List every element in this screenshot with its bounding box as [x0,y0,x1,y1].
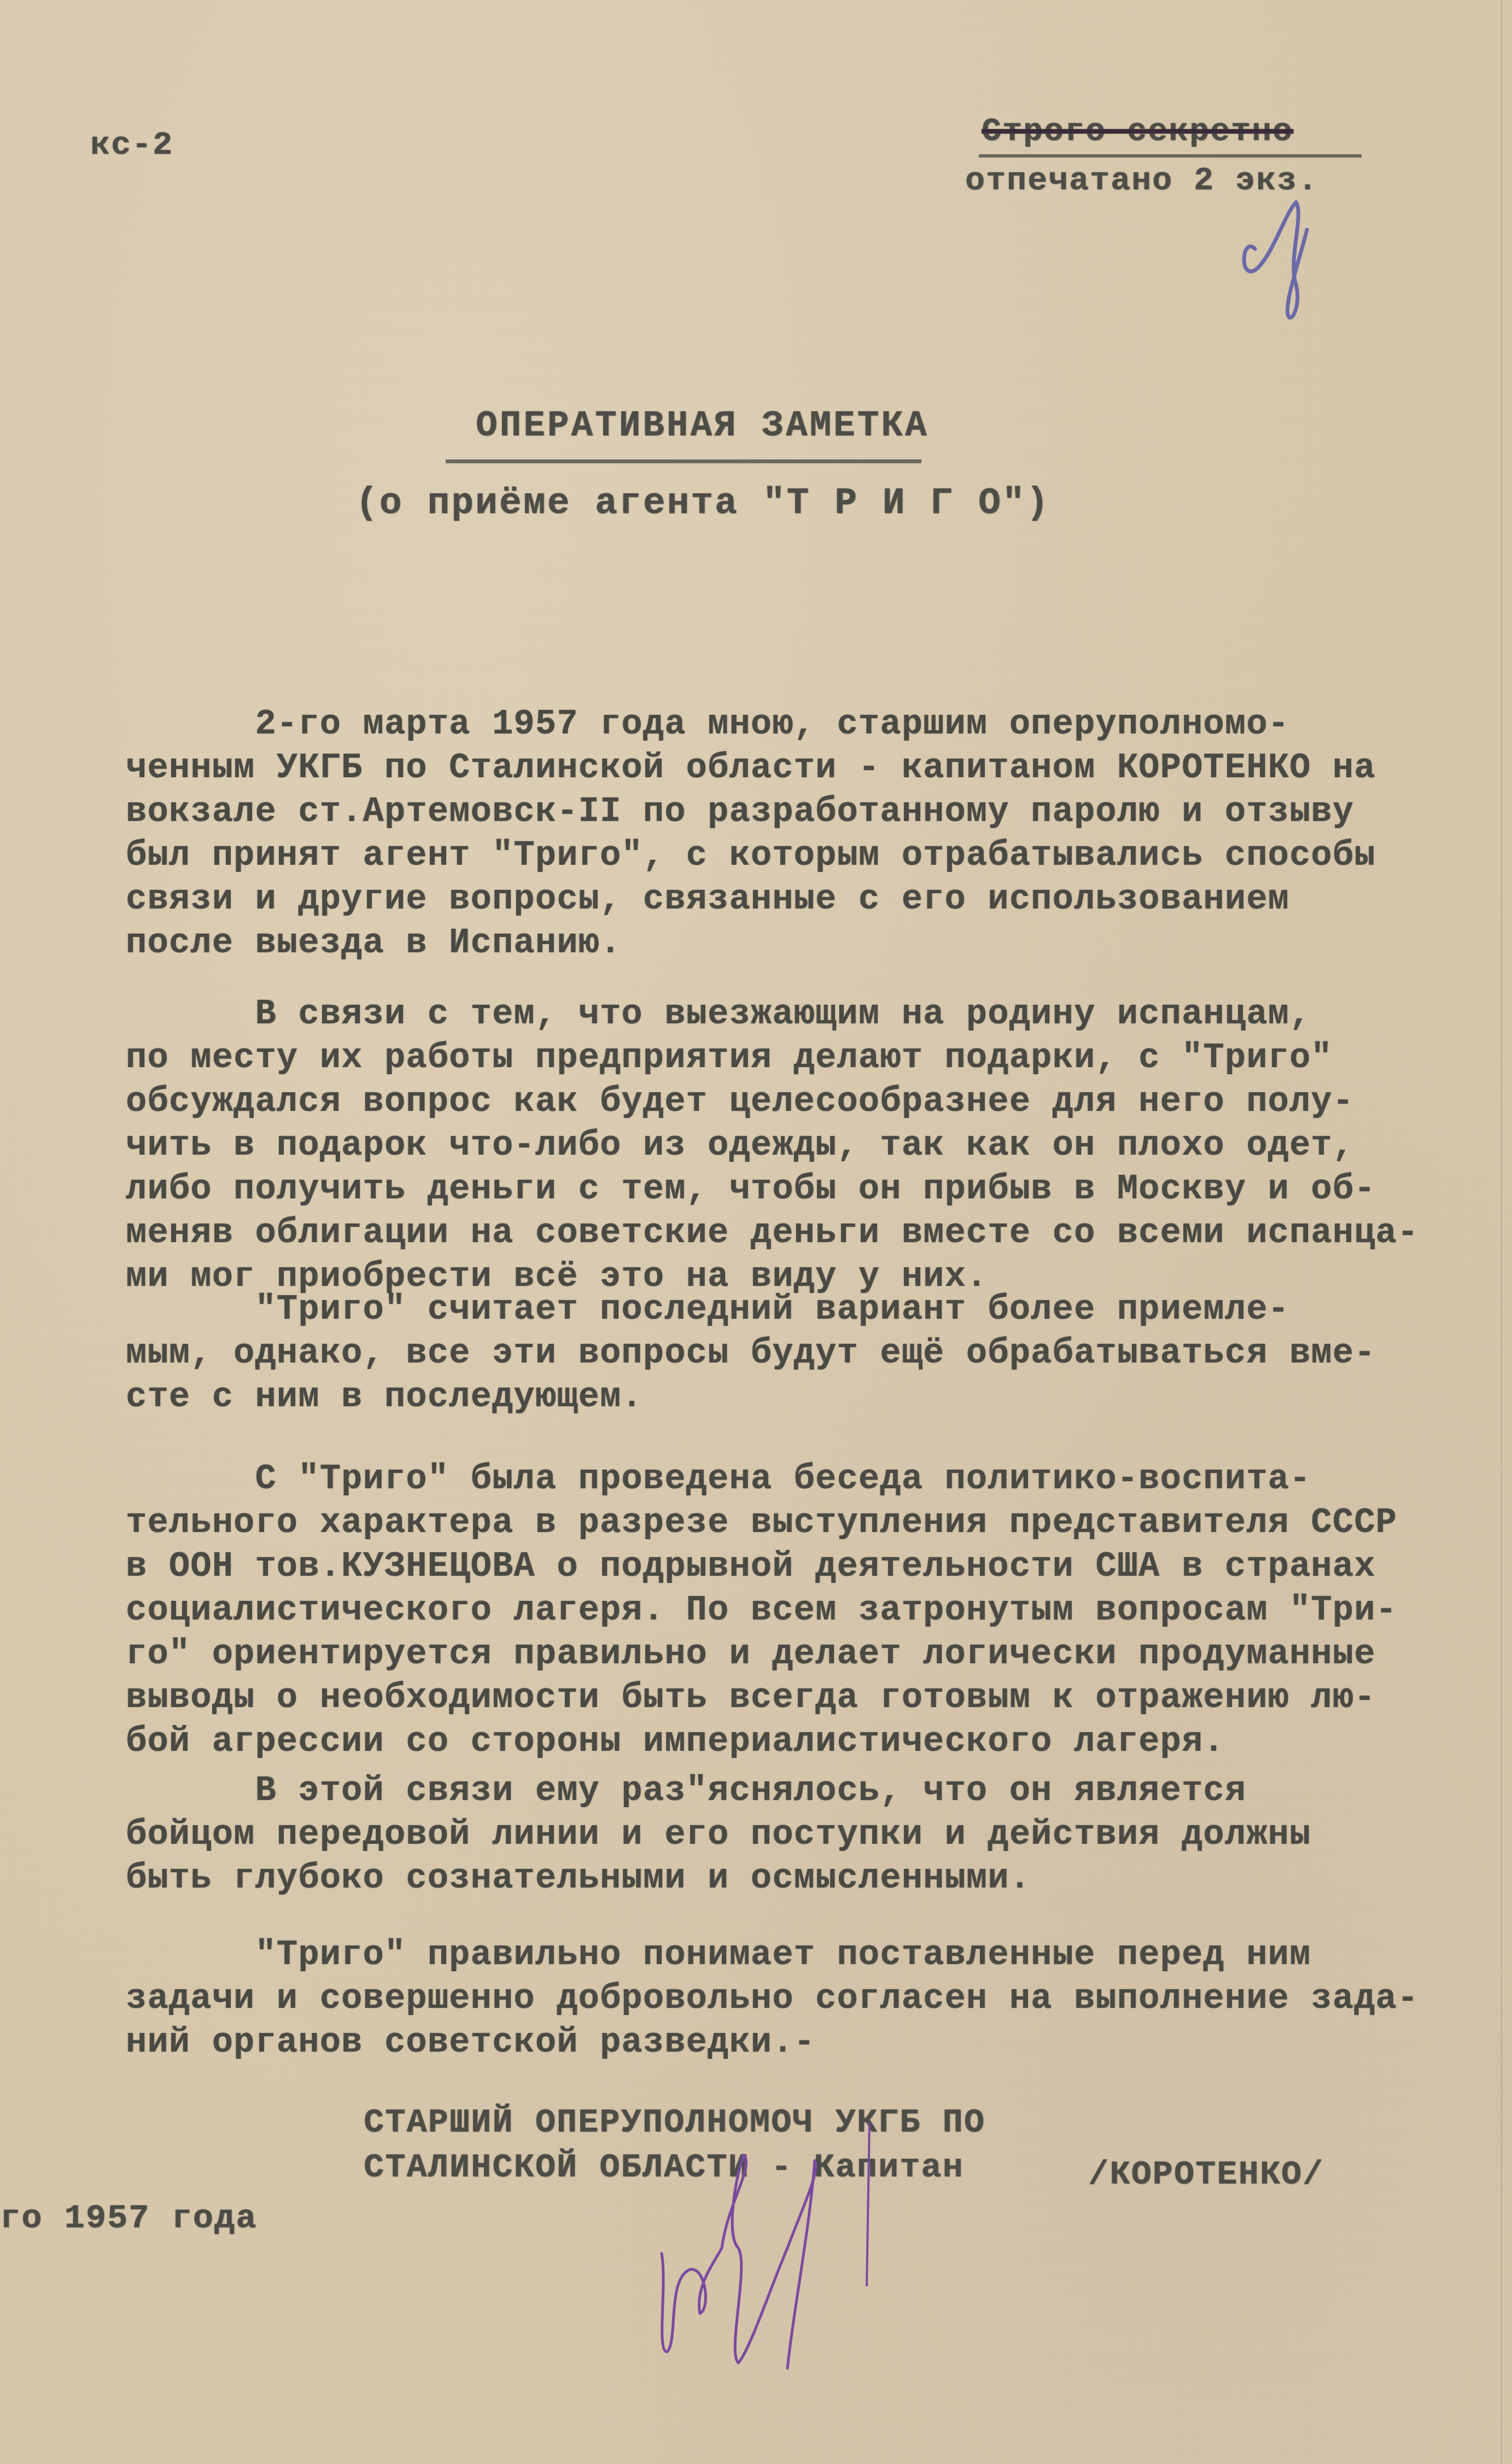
text-line: в ООН тов.КУЗНЕЦОВА о подрывной деятельн… [126,1545,1482,1589]
title-underline [446,459,921,463]
handwritten-page-number-icon [1236,197,1345,328]
paragraph-4: С "Триго" была проведена беседа политико… [126,1458,1482,1764]
text-line: обсуждался вопрос как будет целесообразн… [126,1080,1482,1124]
document-title: ОПЕРАТИВНАЯ ЗАМЕТКА [476,404,929,448]
paragraph-6: "Триго" правильно понимает поставленные … [126,1933,1482,2065]
text-line: "Триго" правильно понимает поставленные … [126,1933,1482,1977]
paragraph-5: В этой связи ему раз"яснялось, что он яв… [126,1769,1482,1901]
text-line: мым, однако, все эти вопросы будут ещё о… [126,1332,1482,1376]
text-line: ченным УКГБ по Сталинской области - капи… [126,747,1482,790]
classification-stamp-struck: Строго секретно [982,109,1293,154]
classification-underline [979,154,1362,158]
text-line: связи и другие вопросы, связанные с его … [126,878,1482,922]
text-line: социалистического лагеря. По всем затрон… [126,1589,1482,1633]
text-line: бойцом передовой линии и его поступки и … [126,1813,1482,1857]
text-line: был принят агент "Триго", с которым отра… [126,834,1482,878]
paragraph-3: "Триго" считает последний вариант более … [126,1288,1482,1419]
text-line: по месту их работы предприятия делают по… [126,1036,1482,1080]
text-line: выводы о необходимости быть всегда готов… [126,1676,1482,1720]
text-line: задачи и совершенно добровольно согласен… [126,1977,1482,2021]
text-line: либо получить деньги с тем, чтобы он при… [126,1168,1482,1211]
paragraph-2: В связи с тем, что выезжающим на родину … [126,993,1482,1299]
text-line: после выезда в Испанию. [126,922,1482,965]
text-line: быть глубоко сознательными и осмысленным… [126,1857,1482,1901]
text-line: В этой связи ему раз"яснялось, что он яв… [126,1769,1482,1813]
reference-code: кс-2 [90,123,173,168]
text-line: В связи с тем, что выезжающим на родину … [126,993,1482,1036]
text-line: ний органов советской разведки.- [126,2021,1482,2065]
text-line: вокзале ст.Артемовск-II по разработанном… [126,790,1482,834]
text-line: 2-го марта 1957 года мною, старшим оперу… [126,703,1482,747]
page-edge [1501,0,1502,2464]
text-line: меняв облигации на советские деньги вмес… [126,1211,1482,1255]
handwritten-signature-icon [645,2122,951,2374]
text-line: тельного характера в разрезе выступления… [126,1501,1482,1545]
text-line: чить в подарок что-либо из одежды, так к… [126,1124,1482,1168]
text-line: "Триго" считает последний вариант более … [126,1288,1482,1332]
text-line: бой агрессии со стороны империалистическ… [126,1720,1482,1764]
paragraph-1: 2-го марта 1957 года мною, старшим оперу… [126,703,1482,965]
document-subtitle: (о приёме агента "Т Р И Г О") [355,481,1050,526]
text-line: сте с ним в последующем. [126,1376,1482,1419]
signer-name: /КОРОТЕНКО/ [1088,2152,1324,2197]
text-line: го" ориентируется правильно и делает лог… [126,1633,1482,1676]
document-date: го 1957 года [0,2196,257,2241]
text-line: С "Триго" была проведена беседа политико… [126,1458,1482,1501]
